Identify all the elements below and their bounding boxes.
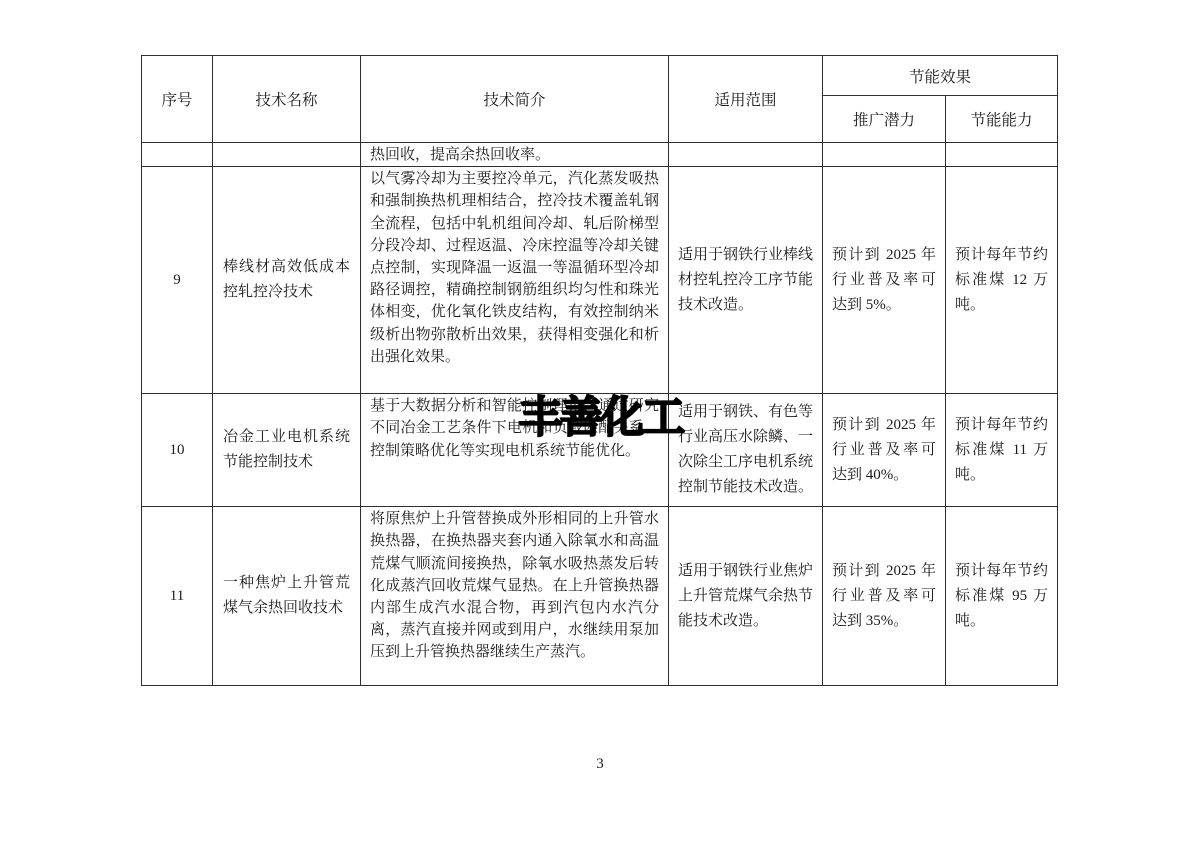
- cell-tech-intro: 热回收，提高余热回收率。: [361, 143, 669, 167]
- cell-scope: [669, 143, 823, 167]
- header-tech-name: 技术名称: [213, 56, 361, 143]
- cell-scope: 适用于钢铁行业焦炉上升管荒煤气余热节能技术改造。: [669, 507, 823, 686]
- cell-index: 10: [142, 394, 213, 507]
- table-row: 9 棒线材高效低成本控轧控冷技术 以气雾冷却为主要控冷单元，汽化蒸发吸热和强制换…: [142, 167, 1058, 394]
- cell-capability: 预计每年节约标准煤 11 万吨。: [946, 394, 1058, 507]
- cell-potential: 预计到 2025 年行业普及率可达到 35%。: [823, 507, 946, 686]
- cell-tech-name: 一种焦炉上升管荒煤气余热回收技术: [213, 507, 361, 686]
- technology-table: 序号 技术名称 技术简介 适用范围 节能效果 推广潜力 节能能力 热回收，提高余…: [141, 55, 1058, 686]
- cell-potential: 预计到 2025 年行业普及率可达到 40%。: [823, 394, 946, 507]
- header-index: 序号: [142, 56, 213, 143]
- cell-potential: [823, 143, 946, 167]
- cell-scope: 适用于钢铁行业棒线材控轧控冷工序节能技术改造。: [669, 167, 823, 394]
- page-number: 3: [0, 756, 1200, 773]
- cell-tech-intro: 以气雾冷却为主要控冷单元，汽化蒸发吸热和强制换热机理相结合，控冷技术覆盖轧钢全流…: [361, 167, 669, 394]
- table-row: 11 一种焦炉上升管荒煤气余热回收技术 将原焦炉上升管替换成外形相同的上升管水换…: [142, 507, 1058, 686]
- header-capability: 节能能力: [946, 96, 1058, 143]
- cell-tech-intro: 将原焦炉上升管替换成外形相同的上升管水换热器，在换热器夹套内通入除氧水和高温荒煤…: [361, 507, 669, 686]
- cell-capability: [946, 143, 1058, 167]
- cell-tech-name: 棒线材高效低成本控轧控冷技术: [213, 167, 361, 394]
- cell-tech-name: 冶金工业电机系统节能控制技术: [213, 394, 361, 507]
- cell-capability: 预计每年节约标准煤 95 万吨。: [946, 507, 1058, 686]
- cell-index: 11: [142, 507, 213, 686]
- header-effect: 节能效果: [823, 56, 1058, 96]
- document-page: 序号 技术名称 技术简介 适用范围 节能效果 推广潜力 节能能力 热回收，提高余…: [0, 0, 1200, 848]
- header-potential: 推广潜力: [823, 96, 946, 143]
- cell-tech-name: [213, 143, 361, 167]
- watermark-text: 丰善化工: [519, 396, 683, 440]
- cell-index: [142, 143, 213, 167]
- table-header-row-top: 序号 技术名称 技术简介 适用范围 节能效果: [142, 56, 1058, 96]
- cell-capability: 预计每年节约标准煤 12 万吨。: [946, 167, 1058, 394]
- cell-index: 9: [142, 167, 213, 394]
- header-scope: 适用范围: [669, 56, 823, 143]
- cell-scope: 适用于钢铁、有色等行业高压水除鳞、一次除尘工序电机系统控制节能技术改造。: [669, 394, 823, 507]
- header-tech-intro: 技术简介: [361, 56, 669, 143]
- cell-potential: 预计到 2025 年行业普及率可达到 5%。: [823, 167, 946, 394]
- table-row: 热回收，提高余热回收率。: [142, 143, 1058, 167]
